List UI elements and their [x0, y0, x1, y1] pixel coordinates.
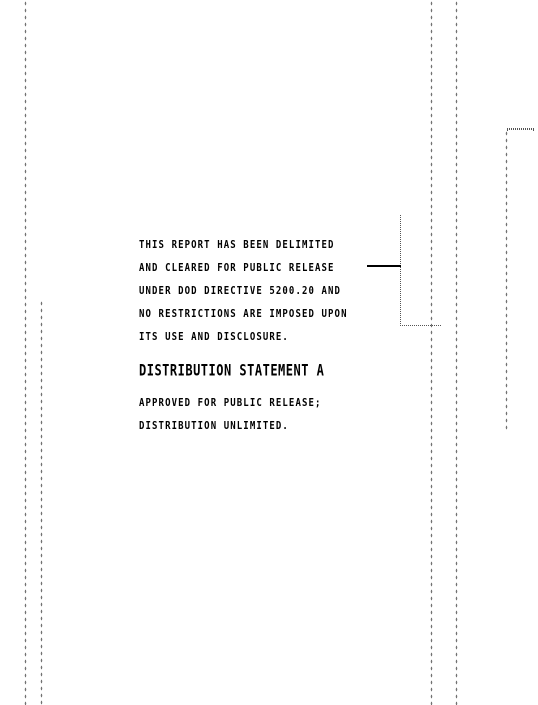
release-line: UNDER DOD DIRECTIVE 5200.20 AND — [139, 286, 341, 298]
release-line: AND CLEARED FOR PUBLIC RELEASE — [139, 263, 335, 275]
release-line: THIS REPORT HAS BEEN DELIMITED — [139, 240, 335, 252]
distribution-line: DISTRIBUTION UNLIMITED. — [139, 421, 289, 433]
distribution-heading: DISTRIBUTION STATEMENT A — [139, 361, 324, 379]
release-line: ITS USE AND DISCLOSURE. — [139, 332, 289, 344]
margin-mark — [367, 265, 401, 267]
distribution-line: APPROVED FOR PUBLIC RELEASE; — [139, 398, 322, 410]
release-line: NO RESTRICTIONS ARE IMPOSED UPON — [139, 309, 348, 321]
